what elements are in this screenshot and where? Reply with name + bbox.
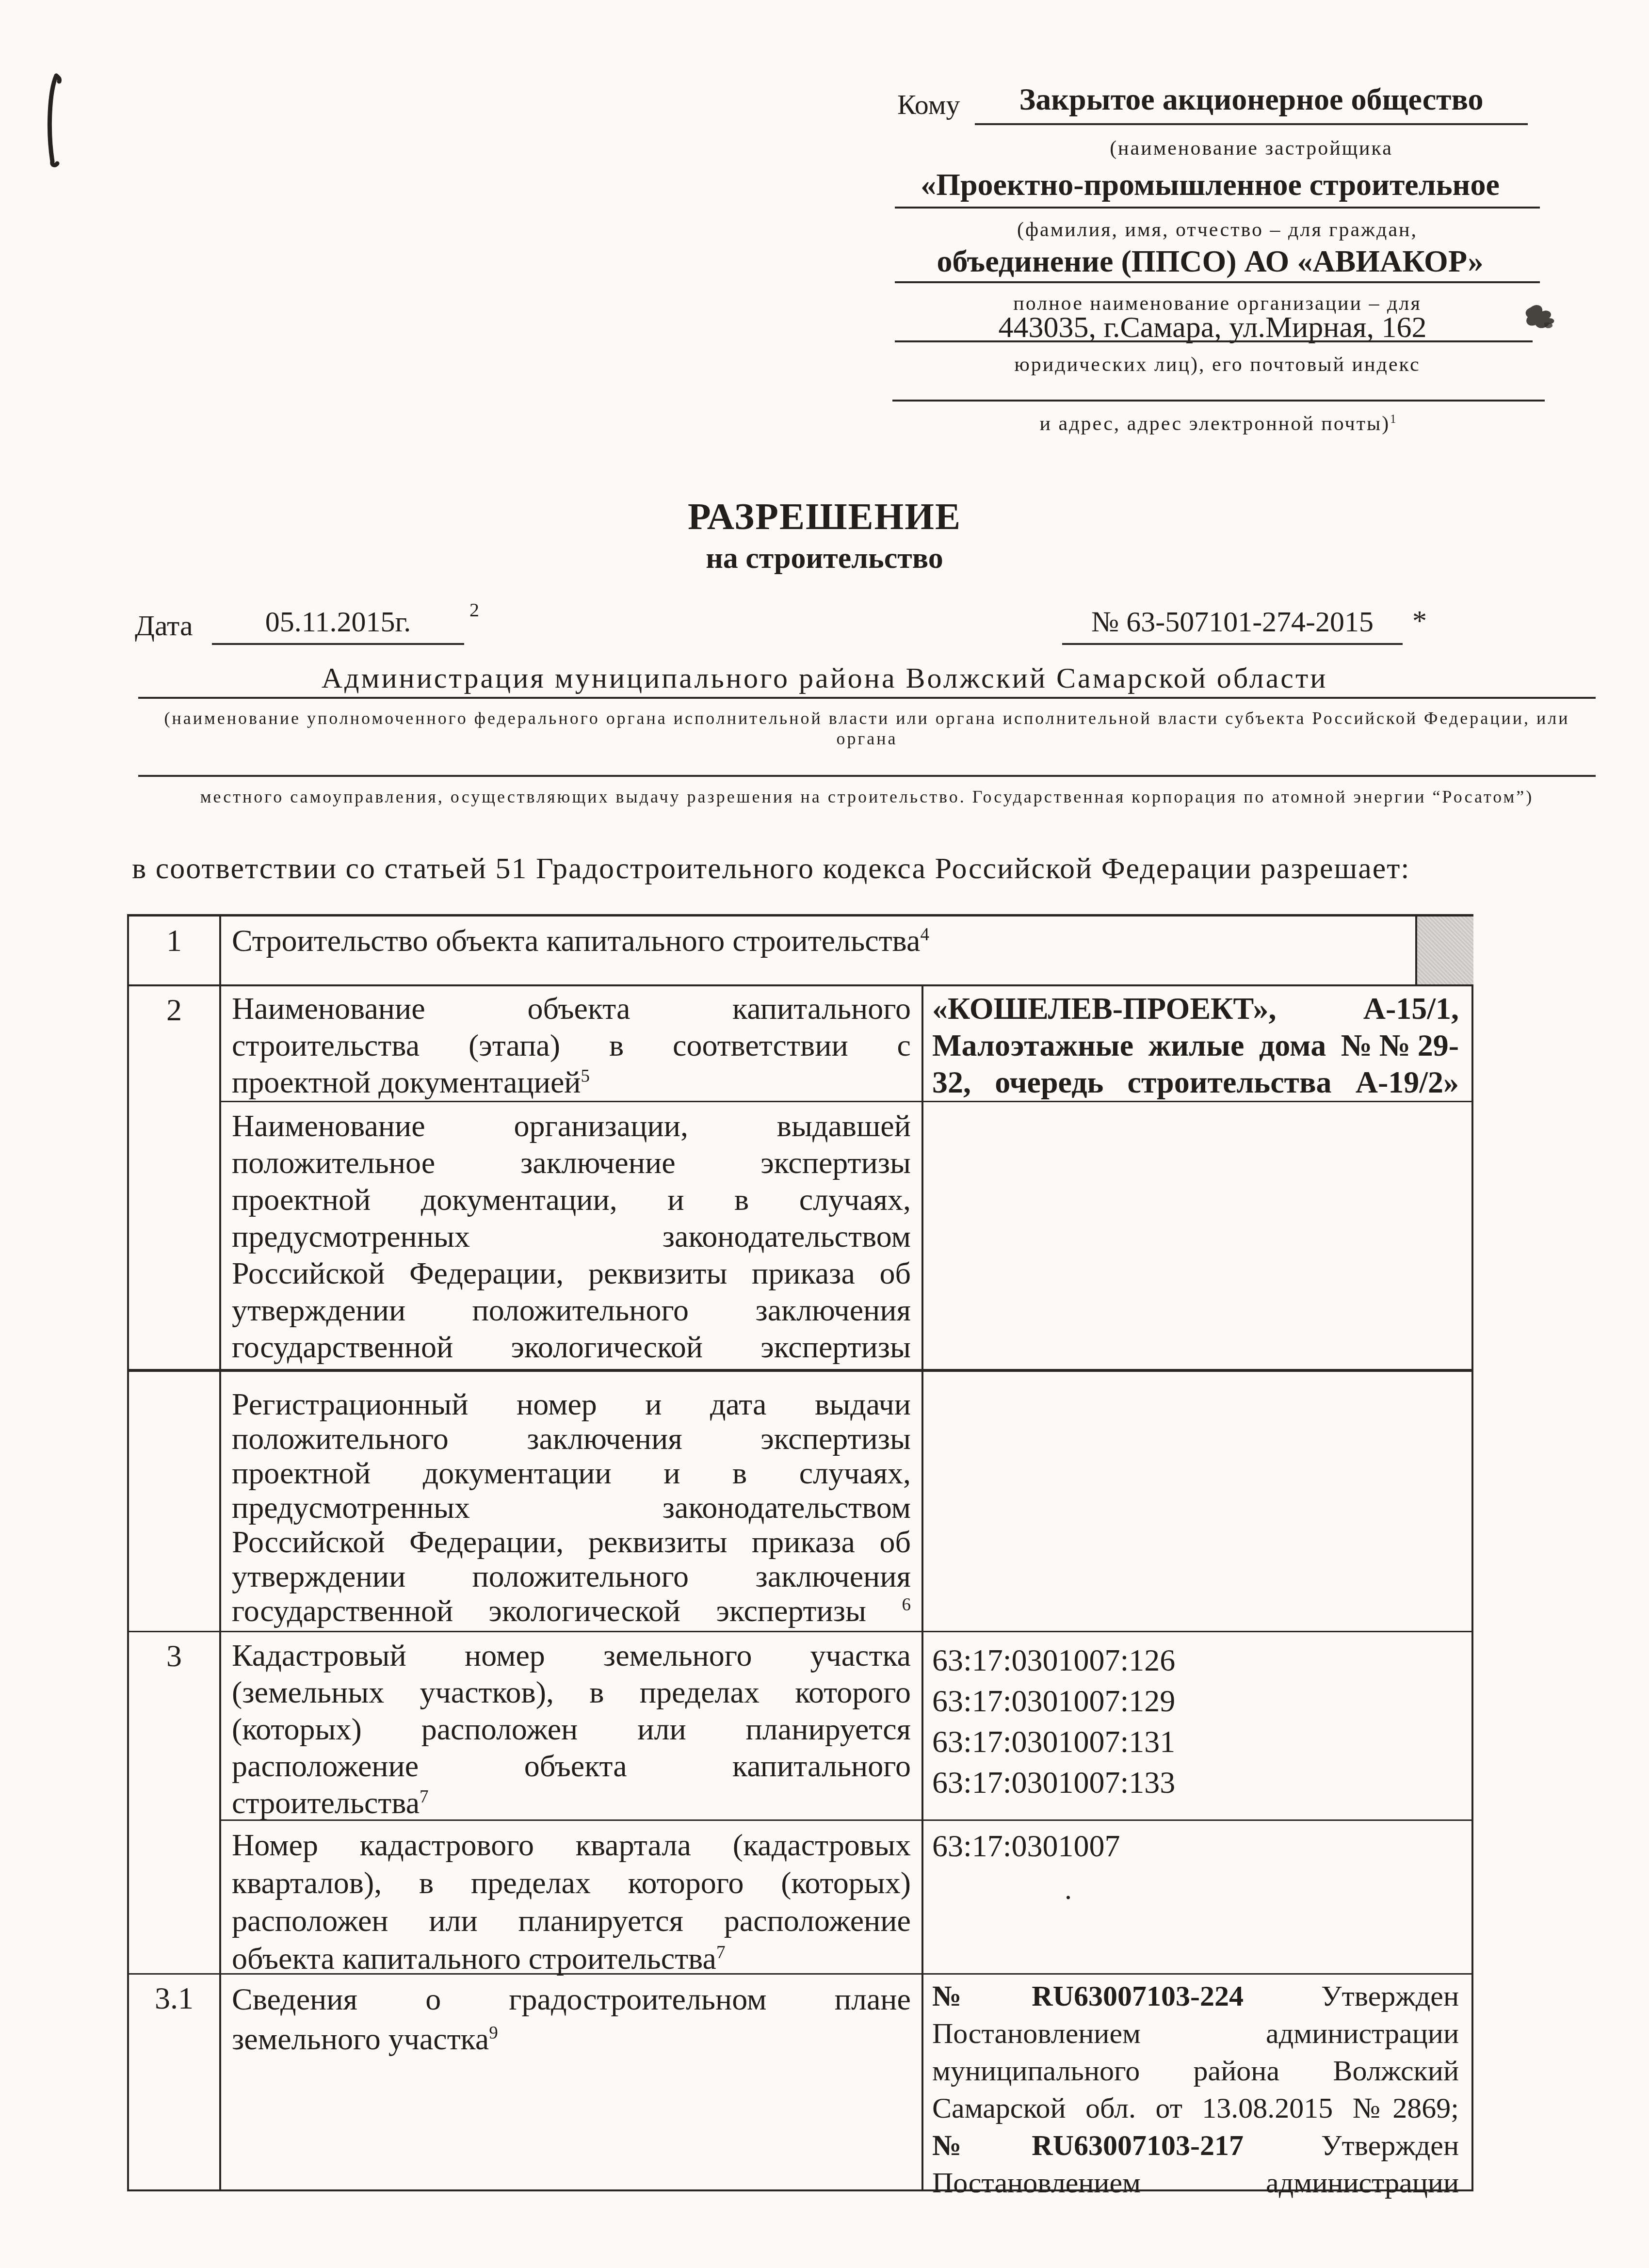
gpzu-number: №RU63007103-217 <box>932 2129 1244 2161</box>
footnote-marker-7: 7 <box>716 1943 726 1962</box>
label-line: расположение объекта капитального <box>232 1748 911 1785</box>
row31-value: №RU63007103-224 Утвержден Постановлением… <box>932 1978 1459 2202</box>
cadastral-number: 63:17:0301007:133 <box>932 1762 1459 1803</box>
cadastral-number: 63:17:0301007:131 <box>932 1721 1459 1762</box>
row2-value: «КОШЕЛЕВ-ПРОЕКТ», А-15/1, Малоэтажные жи… <box>932 990 1459 1101</box>
row3b-label: Номер кадастрового квартала (кадастровых… <box>232 1826 911 1978</box>
field-caption-email: и адрес, адрес электронной почты)1 <box>892 412 1545 435</box>
gpzu-text: Утвержден <box>1321 1980 1459 2012</box>
footnote-marker-1: 1 <box>1390 413 1397 426</box>
table-border-row2b <box>127 1369 1473 1372</box>
date-label: Дата <box>135 609 193 643</box>
developer-name-line-1: Закрытое акционерное общество <box>975 81 1528 117</box>
gpzu-number: №RU63007103-224 <box>932 1980 1244 2012</box>
label-line: утверждении положительного заключения <box>232 1559 911 1593</box>
label-line: положительного заключения экспертизы <box>232 1421 911 1456</box>
label-line: Номер кадастрового квартала (кадастровых <box>232 1826 911 1864</box>
row1-label-text: Строительство объекта капитального строи… <box>232 923 920 958</box>
row-number: 2 <box>129 992 219 1028</box>
cadastral-number: 63:17:0301007:129 <box>932 1681 1459 1721</box>
label-line: (земельных участков), в пределах которог… <box>232 1674 911 1711</box>
row3-value: 63:17:0301007:126 63:17:0301007:129 63:1… <box>932 1640 1459 1803</box>
stray-dot-artifact: . <box>1065 1873 1072 1906</box>
table-border-row2c <box>127 1631 1473 1632</box>
document-title: РАЗРЕШЕНИЕ <box>0 495 1649 538</box>
authority-caption-2: местного самоуправления, осуществляющих … <box>143 787 1591 807</box>
intro-clause: в соответствии со статьей 51 Градостроит… <box>132 852 1538 886</box>
footnote-marker-5: 5 <box>581 1066 590 1086</box>
row2-label: Наименование объекта капитального строит… <box>232 990 911 1101</box>
label-line: государственной экологической экспертизы… <box>232 1593 911 1628</box>
table-divider-number-col <box>219 914 221 2191</box>
label-line: Российской Федерации, реквизиты приказа … <box>232 1255 911 1292</box>
label-line: Наименование организации, выдавшей <box>232 1108 911 1144</box>
field-caption-email-text: и адрес, адрес электронной почты) <box>1040 413 1390 435</box>
date-value: 05.11.2015г. <box>212 605 464 645</box>
label-line: утверждении положительного заключения <box>232 1292 911 1329</box>
row-number: 1 <box>129 923 219 959</box>
authority-caption-1: (наименование уполномоченного федерально… <box>143 708 1591 749</box>
footnote-marker-7: 7 <box>420 1787 429 1807</box>
blank-line-rule <box>892 400 1545 402</box>
blank-line-rule <box>895 207 1540 209</box>
gpzu-text: Утвержден <box>1321 2129 1459 2161</box>
label-line: кварталов), в пределах которого (которых… <box>232 1864 911 1902</box>
label-last-text: государственной экологической экспертизы <box>232 1593 866 1628</box>
gpzu-line: №RU63007103-224 Утвержден <box>932 1978 1459 2015</box>
label-line: Регистрационный номер и дата выдачи <box>232 1387 911 1421</box>
label-line: строительства (этапа) в соответствии с <box>232 1027 911 1064</box>
developer-name-line-2: «Проектно-промышленное строительное <box>871 167 1550 203</box>
authority-name: Администрация муниципального района Волж… <box>97 661 1552 695</box>
gpzu-line: Самарской обл. от 13.08.2015 №2869; <box>932 2090 1459 2127</box>
developer-address-line: 443035, г.Самара, ул.Мирная, 162 <box>888 310 1537 345</box>
value-line: 32, очередь строительства А-19/2» <box>932 1064 1459 1101</box>
row2b-label: Наименование организации, выдавшей полож… <box>232 1108 911 1366</box>
label-line: Наименование объекта капитального <box>232 990 911 1027</box>
label-last-text: строительства <box>232 1785 420 1820</box>
label-line: государственной экологической экспертизы <box>232 1329 911 1366</box>
label-line: расположен или планируется расположение <box>232 1902 911 1940</box>
row-number: 3 <box>129 1638 219 1674</box>
gpzu-line: Постановлением администрации <box>932 2164 1459 2202</box>
developer-name-line-3: объединение (ППСО) АО «АВИАКОР» <box>871 243 1550 279</box>
table-border-right <box>1471 914 1473 2191</box>
label-line: проектной документацией5 <box>232 1064 911 1101</box>
label-line: земельного участка9 <box>232 2019 911 2059</box>
label-line: объекта капитального строительства7 <box>232 1940 911 1978</box>
cadastral-number: 63:17:0301007:126 <box>932 1640 1459 1681</box>
value-line: Малоэтажные жилые дома №№29- <box>932 1027 1459 1064</box>
pen-mark <box>42 72 71 174</box>
label-line: Сведения о градостроительном плане <box>232 1979 911 2019</box>
label-last-text: проектной документацией <box>232 1065 581 1099</box>
label-line: предусмотренных законодательством <box>232 1490 911 1525</box>
document-subtitle: на строительство <box>0 541 1649 576</box>
field-caption-fio: (фамилия, имя, отчество – для граждан, <box>895 218 1540 241</box>
value-line: «КОШЕЛЕВ-ПРОЕКТ», А-15/1, <box>932 990 1459 1027</box>
table-border-top <box>127 914 1473 917</box>
permit-number: № 63-507101-274-2015 <box>1062 605 1403 645</box>
permit-number-star: * <box>1412 604 1427 638</box>
label-last-text: земельного участка <box>232 2022 489 2056</box>
footnote-marker-4: 4 <box>920 925 929 945</box>
blank-line-rule <box>975 123 1528 125</box>
label-line: Российской Федерации, реквизиты приказа … <box>232 1525 911 1559</box>
table-border-row2 <box>219 1101 1473 1102</box>
row-number: 3.1 <box>129 1980 219 2016</box>
footnote-marker-2: 2 <box>469 598 479 621</box>
authority-rule-2 <box>138 775 1596 777</box>
label-last-text: объекта капитального строительства <box>232 1941 716 1976</box>
blank-line-rule <box>895 340 1533 342</box>
label-line: (которых) расположен или планируется <box>232 1711 911 1748</box>
label-line: строительства7 <box>232 1785 911 1821</box>
label-line: Кадастровый номер земельного участка <box>232 1637 911 1674</box>
row3-label: Кадастровый номер земельного участка (зе… <box>232 1637 911 1821</box>
addressee-to-label: Кому <box>897 88 960 121</box>
label-line: положительное заключение экспертизы <box>232 1144 911 1181</box>
blank-line-rule <box>895 281 1540 283</box>
row2c-label: Регистрационный номер и дата выдачи поло… <box>232 1387 911 1628</box>
row31-label: Сведения о градостроительном плане земел… <box>232 1979 911 2059</box>
row3b-value: 63:17:0301007 <box>932 1828 1459 1864</box>
footnote-marker-6: 6 <box>902 1595 911 1615</box>
field-caption-postcode: юридических лиц), его почтовый индекс <box>895 353 1540 376</box>
document-page: Кому Закрытое акционерное общество (наим… <box>0 0 1649 2268</box>
row1-label: Строительство объекта капитального строи… <box>232 923 1386 959</box>
field-caption-developer: (наименование застройщика <box>975 137 1528 160</box>
footnote-marker-9: 9 <box>489 2023 498 2043</box>
table-border-row1 <box>127 984 1473 986</box>
shaded-cell <box>1415 917 1473 984</box>
gpzu-line: Постановлением администрации <box>932 2015 1459 2052</box>
table-divider-value-col <box>921 984 923 2191</box>
label-line: проектной документации и в случаях, <box>232 1456 911 1490</box>
label-line: проектной документации, и в случаях, <box>232 1181 911 1218</box>
authority-rule-1 <box>138 697 1596 699</box>
label-line: предусмотренных законодательством <box>232 1218 911 1255</box>
gpzu-line: №RU63007103-217 Утвержден <box>932 2127 1459 2164</box>
gpzu-line: муниципального района Волжский <box>932 2052 1459 2090</box>
